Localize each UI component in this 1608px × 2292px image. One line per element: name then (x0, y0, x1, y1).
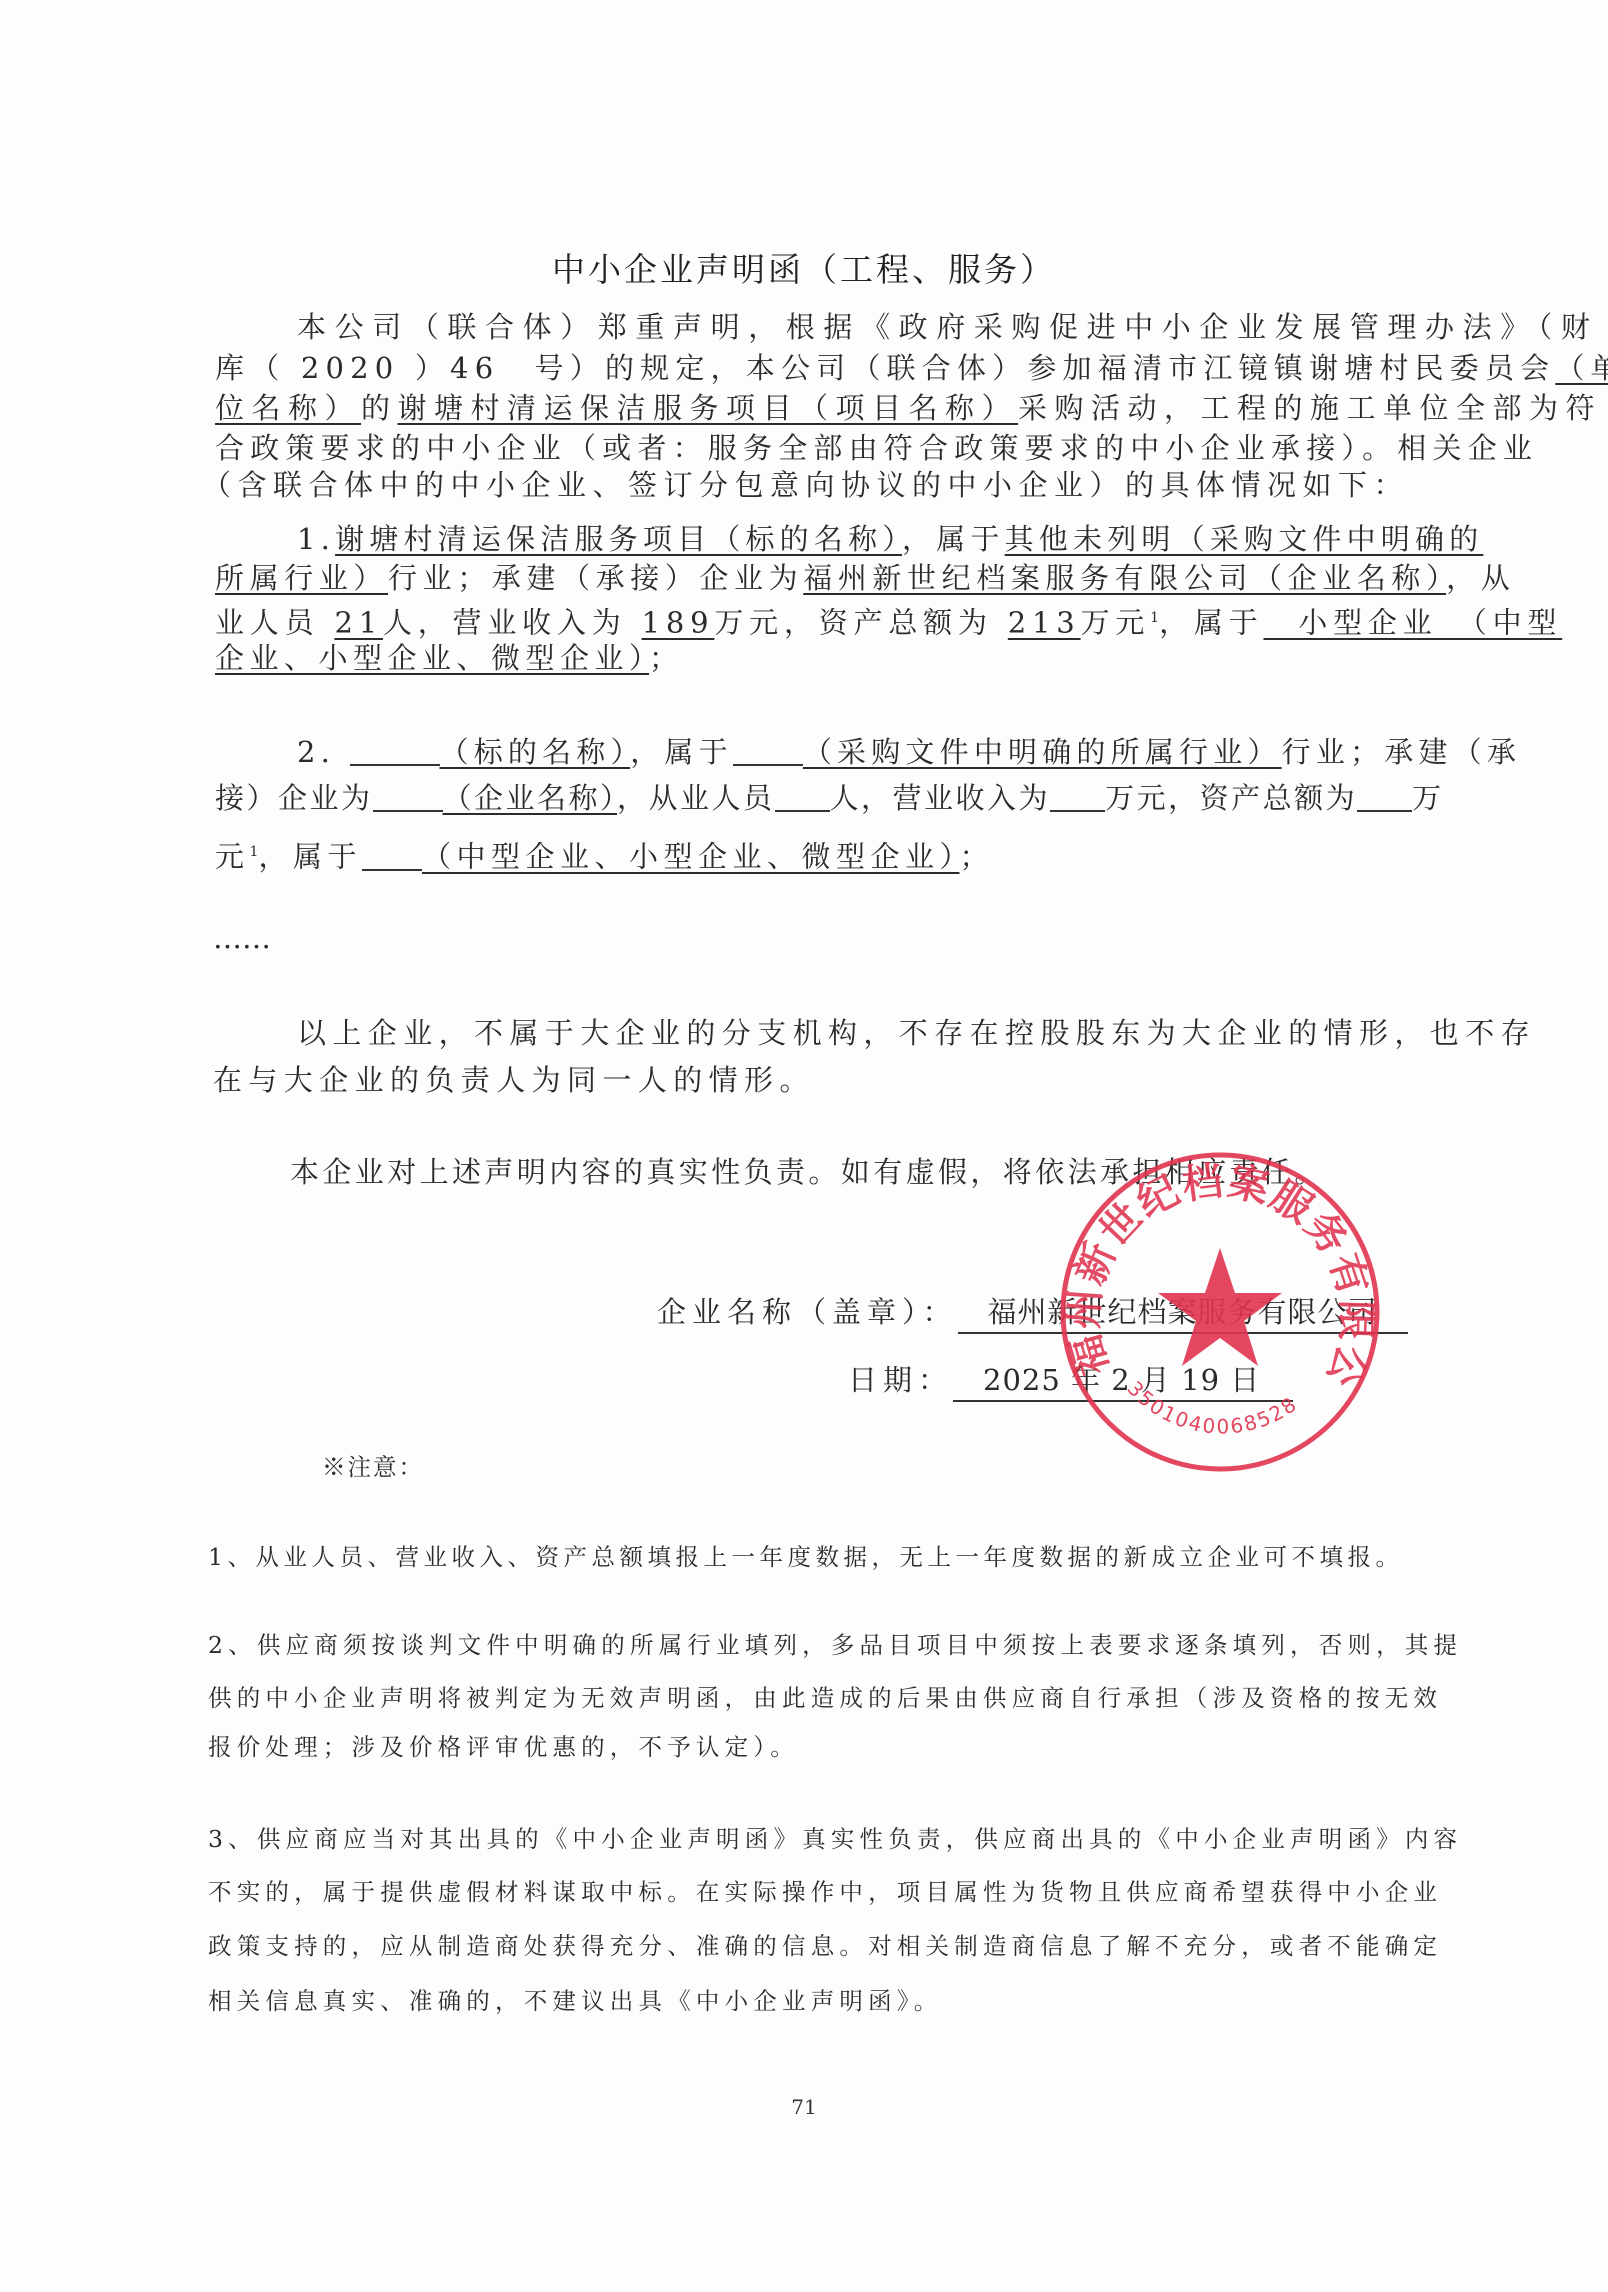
seal-star-icon (1158, 1248, 1282, 1366)
item2-subject-hint: （标的名称） (440, 735, 631, 769)
item2-assets-unit-b: 元 (215, 840, 250, 874)
item2-line-3: 元1，属于（中型企业、小型企业、微型企业）； (215, 832, 994, 877)
item1-subject: 谢塘村清运保洁服务项目（标的名称） (335, 522, 902, 556)
item2-staff-label: ，从业人员 (617, 781, 775, 815)
note-2-line-2: 供的中小企业声明将被判定为无效声明函，由此造成的后果由供应商自行承担（涉及资格的… (208, 1681, 1442, 1715)
note-2-line-3: 报价处理；涉及价格评审优惠的，不予认定）。 (208, 1730, 799, 1764)
unit-name-underlined-a: （单 (1555, 351, 1608, 385)
note-3-line-2: 不实的，属于提供虚假材料谋取中标。在实际操作中，项目属性为货物且供应商希望获得中… (208, 1875, 1442, 1909)
item1-size-b: 企业、小型企业、微型企业） (215, 641, 649, 675)
unit-name-underlined-b: 位名称） (215, 391, 361, 425)
item2-line-2: 接）企业为（企业名称），从业人员人，营业收入为万元，资产总额为万 (215, 778, 1444, 818)
footnote-marker: 1 (1150, 610, 1159, 626)
intro-line-4: 合政策要求的中小企业（或者：服务全部由符合政策要求的中小企业承接）。相关企业 (215, 428, 1538, 468)
item1-revenue-value: 189 (642, 606, 715, 640)
note-3-line-1: 3、供应商应当对其出具的《中小企业声明函》真实性负责，供应商出具的《中小企业声明… (208, 1822, 1462, 1856)
item2-end: ； (959, 840, 994, 874)
intro-line-2: 库（ 2020 ）46 号）的规定，本公司（联合体）参加福清市江镜镇谢塘村民委员… (215, 348, 1608, 388)
page-number: 71 (0, 2095, 1608, 2119)
item1-size-label: ，属于 (1159, 606, 1263, 640)
ellipsis: …… (213, 918, 271, 958)
item1-contractor-label: 行业；承建（承接）企业为 (388, 561, 803, 595)
item1-industry-a: 其他未列明（采购文件中明确的 (1005, 522, 1484, 556)
not-large-line-2: 在与大企业的负责人为同一人的情形。 (213, 1060, 815, 1100)
note-3-line-4: 相关信息真实、准确的，不建议出具《中小企业声明函》。 (208, 1984, 942, 2018)
note-3-line-3: 政策支持的，应从制造商处获得充分、准确的信息。对相关制造商信息了解不充分，或者不… (208, 1929, 1442, 1963)
item1-company: 福州新世纪档案服务有限公司（企业名称） (803, 561, 1446, 595)
intro-line-3: 位名称）的谢塘村清运保洁服务项目（项目名称）采购活动，工程的施工单位全部为符 (215, 388, 1602, 428)
project-name-underlined: 谢塘村清运保洁服务项目（项目名称） (398, 391, 1019, 425)
seal-code-text: 3501040068528 (1123, 1376, 1302, 1438)
item1-assets-unit: 万元 (1081, 606, 1151, 640)
svg-text:3501040068528: 3501040068528 (1123, 1376, 1302, 1438)
item2-assets-blank[interactable] (1357, 780, 1412, 812)
item2-belongs: ，属于 (630, 735, 733, 769)
item2-staff-blank[interactable] (775, 780, 830, 812)
item2-contractor-label-b: 接）企业为 (215, 781, 373, 815)
page-title: 中小企业声明函（工程、服务） (0, 244, 1608, 291)
item1-line-4: 企业、小型企业、微型企业）； (215, 638, 684, 678)
item2-size-hint: （中型企业、小型企业、微型企业） (422, 840, 960, 874)
item1-line-2: 所属行业）行业；承建（承接）企业为福州新世纪档案服务有限公司（企业名称），从 (215, 558, 1515, 598)
item1-line-3: 业人员 21人，营业收入为 189万元，资产总额为 213万元1，属于 小型企业… (215, 598, 1562, 643)
note-1: 1、从业人员、营业收入、资产总额填报上一年度数据，无上一年度数据的新成立企业可不… (208, 1540, 1403, 1574)
item2-industry-blank[interactable] (733, 734, 803, 766)
item1-line-1: 1.谢塘村清运保洁服务项目（标的名称），属于其他未列明（采购文件中明确的 (297, 519, 1483, 559)
item1-assets-value: 213 (1008, 606, 1081, 640)
item1-staff-value: 21 (334, 606, 383, 640)
item2-contractor-label-a: 行业；承建（承 (1282, 735, 1521, 769)
item2-company-hint: （企业名称） (443, 781, 618, 815)
item2-revenue-label: 人，营业收入为 (830, 781, 1051, 815)
item2-number: 2. (297, 735, 335, 769)
item1-revenue-label: 人，营业收入为 (383, 606, 627, 640)
item1-staff-prefix: ，从 (1446, 561, 1515, 595)
item2-assets-label: 万元，资产总额为 (1105, 781, 1357, 815)
item1-end: ； (649, 641, 684, 675)
date-label: 日期： (848, 1363, 953, 1397)
intro-line-5: （含联合体中的中小企业、签订分包意向协议的中小企业）的具体情况如下： (202, 465, 1409, 505)
item1-number: 1. (297, 522, 335, 556)
item2-assets-unit-a: 万 (1412, 781, 1444, 815)
item1-size-a: 小型企业 （中型 (1264, 606, 1563, 640)
item2-company-blank[interactable] (373, 780, 443, 812)
item2-size-blank[interactable] (362, 839, 422, 871)
note-2-line-1: 2、供应商须按谈判文件中明确的所属行业填列，多品目项目中须按上表要求逐条填列，否… (208, 1628, 1462, 1662)
item2-size-label: ，属于 (258, 840, 362, 874)
item2-revenue-blank[interactable] (1050, 780, 1105, 812)
notes-heading: ※注意： (322, 1450, 424, 1484)
not-large-line-1: 以上企业，不属于大企业的分支机构，不存在控股股东为大企业的情形，也不存 (297, 1013, 1536, 1053)
item1-assets-label: 万元，资产总额为 (714, 606, 992, 640)
intro-de: 的 (361, 391, 398, 425)
intro-line-1: 本公司（联合体）郑重声明，根据《政府采购促进中小企业发展管理办法》（财 (297, 307, 1599, 347)
intro-line-3-tail: 采购活动，工程的施工单位全部为符 (1018, 391, 1602, 425)
item1-staff-label: 业人员 (215, 606, 319, 640)
intro-line-2-text: 库（ 2020 ）46 号）的规定，本公司（联合体）参加福清市江镜镇谢塘村民委员… (215, 351, 1555, 385)
item2-line-1: 2. （标的名称），属于（采购文件中明确的所属行业）行业；承建（承 (297, 732, 1521, 772)
item2-subject-blank[interactable] (350, 734, 440, 766)
company-seal-stamp: 福州新世纪档案服务有限公司 3501040068528 (1058, 1150, 1382, 1474)
item1-belongs: ，属于 (902, 522, 1005, 556)
item2-industry-hint: （采购文件中明确的所属行业） (803, 735, 1282, 769)
item1-industry-b: 所属行业） (215, 561, 388, 595)
company-label: 企业名称（盖章）： (657, 1295, 958, 1329)
document-page: 中小企业声明函（工程、服务） 本公司（联合体）郑重声明，根据《政府采购促进中小企… (0, 0, 1608, 2292)
